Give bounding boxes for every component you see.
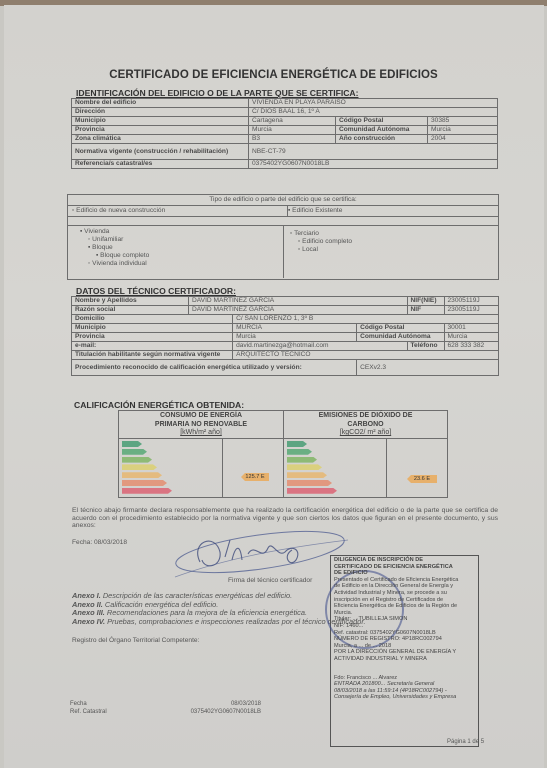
climate-zone: B3 (249, 135, 336, 144)
technician-province: Murcia (233, 333, 357, 342)
label: Año construcción (336, 135, 428, 144)
option-label: Terciario (294, 230, 319, 237)
certification-procedure: CEXv2.3 (357, 360, 499, 376)
page-title: CERTIFICADO DE EFICIENCIA ENERGÉTICA DE … (0, 69, 547, 81)
rating-bar-d (122, 464, 157, 470)
option-edificio-existente[interactable]: ▪ Edificio Existente (288, 206, 342, 216)
technician-qualification: ARQUITECTO TECNICO (233, 351, 499, 360)
option-local[interactable]: ▫ Local (290, 246, 352, 254)
panel-title: EMISIONES DE DIÓXIDO DE (284, 412, 447, 421)
stamp-line: Presentado el Certificado de Eficiencia … (334, 577, 476, 584)
label: Teléfono (407, 342, 444, 351)
rating-bar-c (287, 457, 317, 463)
annex-item: Anexo IV. Pruebas, comprobaciones e insp… (72, 618, 366, 627)
stamp-line: DILIGENCIA DE INSCRIPCIÓN DE (334, 557, 476, 564)
option-label: Unifamiliar (92, 236, 123, 243)
building-municipality: Cartagena (249, 117, 336, 126)
rating-bar-b (122, 449, 147, 455)
annex-label: Anexo IV. (72, 617, 105, 626)
stamp-line: DE EDIFICIO (334, 570, 476, 577)
stamp-line: inscripción en el Registro de Certificad… (334, 597, 476, 604)
panel-title: PRIMARIA NO RENOVABLE (119, 421, 283, 430)
rating-bar-a (122, 441, 142, 447)
label: Código Postal (357, 324, 444, 333)
technician-company: DAVID MARTINEZ GARCIA (189, 306, 408, 315)
label: Comunidad Autónoma (336, 126, 428, 135)
option-edificio-completo[interactable]: ▫ Edificio completo (290, 238, 352, 246)
stamp-text: DILIGENCIA DE INSCRIPCIÓN DE CERTIFICADO… (334, 557, 476, 701)
option-unifamiliar[interactable]: ◦ Unifamiliar (80, 236, 149, 244)
rating-bar-e (122, 472, 162, 478)
stamp-line: Actividad Industrial y Minera, se proced… (334, 590, 476, 597)
option-vivienda-individual[interactable]: ◦ Vivienda individual (80, 260, 149, 268)
option-label: Edificio de nueva construcción (76, 207, 165, 214)
label: Nombre y Apellidos (72, 297, 189, 306)
option-label: Edificio completo (302, 238, 352, 245)
panel-title: CARBONO (284, 421, 447, 430)
rating-bar-c (122, 457, 152, 463)
stamp-line: Eficiencia Energética de Edificios de la… (334, 603, 476, 610)
co2-emissions-panel: EMISIONES DE DIÓXIDO DE CARBONO [kgCO2/ … (283, 410, 448, 498)
footer-date-label: Fecha (70, 701, 87, 707)
panel-title: CONSUMO DE ENERGÍA (119, 412, 283, 421)
label: Razón social (72, 306, 189, 315)
label: Dirección (72, 108, 249, 117)
construction-year: 2004 (428, 135, 498, 144)
building-province: Murcia (249, 126, 336, 135)
label: Municipio (72, 324, 233, 333)
rating-bar-g (287, 488, 337, 494)
stamp-line: NÚMERO DE REGISTRO: 4P18RC002794 (334, 636, 476, 643)
footer-date: 08/03/2018 (200, 701, 261, 707)
energy-rating-value: 125.7 E (241, 473, 269, 481)
option-nueva-construccion[interactable]: ▫ Edificio de nueva construcción (68, 206, 288, 216)
emissions-rating-value: 23.6 E (407, 475, 437, 483)
technician-table: Nombre y ApellidosDAVID MARTINEZ GARCIAN… (71, 296, 499, 376)
registry-label: Registro del Órgano Territorial Competen… (72, 637, 199, 644)
building-identification-table: Nombre del edificioVIVIENDA EN PLAYA PAR… (71, 98, 498, 169)
energy-consumption-panel: CONSUMO DE ENERGÍA PRIMARIA NO RENOVABLE… (118, 410, 284, 498)
page-number: Página 1 de 5 (447, 739, 484, 745)
stamp-line: NIF: 1460... (334, 623, 476, 630)
option-label: Vivienda (84, 228, 109, 235)
annex-list: Anexo I. Descripción de las característi… (72, 592, 366, 626)
label: Provincia (72, 126, 249, 135)
label: Zona climática (72, 135, 249, 144)
technician-region: Murcia (444, 333, 498, 342)
signature-label: Firma del técnico certificador (228, 577, 312, 584)
option-label: Edificio Existente (292, 207, 342, 214)
technician-nif: 23005119J (444, 306, 498, 315)
rating-bar-e (287, 472, 327, 478)
regulation: NBE-CT-79 (249, 144, 498, 160)
label: Código Postal (336, 117, 428, 126)
label: Titulación habilitante según normativa v… (72, 351, 233, 360)
stamp-line: Titular: ... TUBILLEJA SIMON (334, 616, 476, 623)
technician-nif-nie: 23005119J (444, 297, 498, 306)
stamp-line: 08/03/2018 a las 11:59:14 (4P18RC002794)… (334, 688, 476, 695)
label: Comunidad Autónoma (357, 333, 444, 342)
label: Normativa vigente (construcción / rehabi… (72, 144, 249, 160)
option-label: Vivienda individual (92, 260, 147, 267)
option-label: Bloque completo (100, 252, 149, 259)
section-calificacion-heading: CALIFICACIÓN ENERGÉTICA OBTENIDA: (74, 400, 244, 410)
option-bloque[interactable]: ▪ Bloque (80, 244, 149, 252)
stamp-line: ENTRADA 201800... Secretaría General (334, 681, 476, 688)
option-vivienda[interactable]: ▪ Vivienda (80, 228, 149, 236)
stamp-line: CERTIFICADO DE EFICIENCIA ENERGÉTICA (334, 564, 476, 571)
building-type-heading: Tipo de edificio o parte del edificio qu… (68, 195, 498, 206)
rating-bar-d (287, 464, 322, 470)
building-region: Murcia (428, 126, 498, 135)
stamp-line: Murcia. (334, 610, 476, 617)
declaration-date: Fecha: 08/03/2018 (72, 539, 127, 546)
footer-ref: 0375402YG0607N0018LB (184, 709, 261, 715)
technician-address: C/ SAN LORENZO 1, 3º B (233, 315, 499, 324)
label: NIF(NIE) (407, 297, 444, 306)
option-label: Local (302, 246, 318, 253)
stamp-line: POR LA DIRECCIÓN GENERAL DE ENERGÍA Y (334, 649, 476, 656)
label: Nombre del edificio (72, 99, 249, 108)
option-label: Bloque (92, 244, 113, 251)
label: Provincia (72, 333, 233, 342)
label: e-mail: (72, 342, 233, 351)
technician-email: david.martinezga@hotmail.com (233, 342, 407, 351)
stamp-line: Fdo: Francisco ... Alvarez (334, 675, 476, 682)
building-address: C/ DIOS BAAL 16, 1º A (249, 108, 498, 117)
stamp-line: Consejería de Empleo, Universidades y Em… (334, 694, 476, 701)
label: Municipio (72, 117, 249, 126)
rating-bar-f (287, 480, 332, 486)
option-terciario[interactable]: ▫ Terciario (290, 230, 352, 238)
technician-postal-code: 30001 (444, 324, 498, 333)
cadastral-reference: 0375402YG0607N0018LB (249, 160, 498, 169)
footer-ref-label: Ref. Catastral (70, 709, 107, 715)
building-name: VIVIENDA EN PLAYA PARAISO (249, 99, 498, 108)
building-type-box: Tipo de edificio o parte del edificio qu… (67, 194, 499, 280)
label: Referencia/s catastral/es (72, 160, 249, 169)
option-bloque-completo[interactable]: ▪ Bloque completo (80, 252, 149, 260)
technician-municipality: MURCIA (233, 324, 357, 333)
stamp-line: de Edificio en la Dirección General de E… (334, 583, 476, 590)
label: Procedimiento reconocido de calificación… (72, 360, 357, 376)
signature-icon (170, 522, 350, 584)
stamp-line: ACTIVIDAD INDUSTRIAL Y MINERA (334, 656, 476, 663)
technician-name: DAVID MARTINEZ GARCIA (189, 297, 408, 306)
rating-bar-b (287, 449, 312, 455)
panel-unit: [kgCO2/ m² año] (284, 429, 447, 438)
rating-bar-f (122, 480, 167, 486)
label: Domicilio (72, 315, 233, 324)
label: NIF (407, 306, 444, 315)
section-tecnico-heading: DATOS DEL TÉCNICO CERTIFICADOR: (76, 286, 236, 296)
rating-bar-g (122, 488, 172, 494)
section-identificacion-heading: IDENTIFICACIÓN DEL EDIFICIO O DE LA PART… (76, 88, 359, 98)
panel-unit: [kWh/m² año] (119, 429, 283, 438)
technician-phone: 628 333 382 (444, 342, 498, 351)
rating-bar-a (287, 441, 307, 447)
building-postal-code: 30385 (428, 117, 498, 126)
